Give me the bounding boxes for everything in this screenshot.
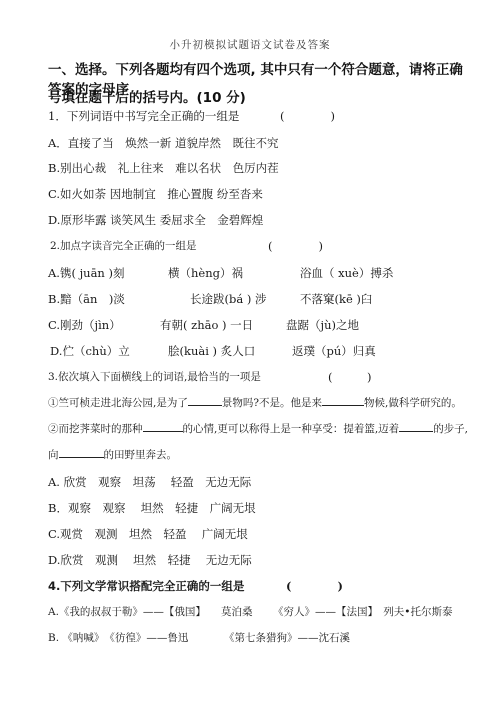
question-1-option-a: A．直接了当 焕然一新 道貌岸然 既往不究	[48, 135, 278, 151]
question-1-option-d: D.原形毕露 谈笑风生 委屈求全 金碧辉煌	[48, 212, 263, 228]
question-3-answer-paren[interactable]: ( )	[328, 369, 371, 385]
question-2-option-a-1: A.镌( juān )刻	[48, 265, 124, 281]
question-3-sentence-2: ②而挖荠菜时的那种的心情,更可以称得上是一种享受：提着篮,迈着的步子,	[48, 421, 468, 436]
question-3-option-b: B．观察 观察 坦然 轻捷 广阔无垠	[48, 500, 256, 516]
sentence-2-part-b: 的心情,更可以称得上是一种享受：提着篮,迈着	[183, 423, 400, 435]
question-1-option-c: C.如火如荼 因地制宜 推心置腹 纷至沓来	[48, 186, 263, 202]
question-4-option-b-2: 《第七条猎狗》——沈石溪	[224, 630, 350, 645]
sentence-1-part-a: ①竺可桢走进北海公园,是为了	[48, 397, 188, 409]
question-4-option-a-1: A.《我的叔叔于勒》——【俄国】	[48, 604, 206, 619]
question-2-option-c-1: C.刚劲（jìn）	[48, 317, 121, 333]
question-4-option-a-2: 莫泊桑	[221, 604, 253, 619]
question-2-option-d-2: 脍(kuài ) 炙人口	[168, 343, 255, 359]
fill-blank-2[interactable]	[322, 395, 364, 406]
sentence-2-part-c: 的步子,	[433, 423, 468, 435]
question-1-option-b: B.别出心裁 礼上往来 难以名状 色厉内茬	[48, 160, 279, 176]
sentence-2-part-a: ②而挖荠菜时的那种	[48, 423, 143, 435]
question-4-stem: 4.下列文学常识搭配完全正确的一组是	[48, 578, 244, 594]
sentence-3-part-b: 的田野里奔去。	[104, 449, 178, 461]
question-2-option-b-3: 不落窠(kē )臼	[300, 291, 372, 307]
question-4-option-b-1: B. 《呐喊》 《彷徨》——鲁迅	[48, 630, 188, 645]
fill-blank-4[interactable]	[399, 421, 433, 432]
question-2-option-c-3: 盘踞（jù)之地	[286, 317, 359, 333]
question-3-sentence-1: ①竺可桢走进北海公园,是为了景物吗?不是。他是来物候,做科学研究的。	[48, 395, 462, 410]
question-2-answer-paren[interactable]: ( )	[268, 238, 323, 254]
question-2-stem: 2.加点字读音完全正确的一组是	[50, 238, 197, 253]
question-1-stem: 1．下列词语中书写完全正确的一组是	[48, 108, 239, 124]
fill-blank-1[interactable]	[188, 395, 222, 406]
section-heading-line2: 号填在题干后的括号内。(10 分)	[48, 86, 468, 106]
question-3-option-a: A. 欣赏 观察 坦荡 轻盈 无边无际	[48, 474, 251, 490]
question-3-sentence-3: 向的田野里奔去。	[48, 447, 177, 462]
page-title: 小升初模拟试题语文试卷及答案	[0, 37, 500, 52]
question-2-option-b-2: 长途跋(bá ) 涉	[190, 291, 267, 307]
question-1-text: 1．下列词语中书写完全正确的一组是	[48, 109, 239, 123]
question-2-option-a-3: 浴血（ xuè）搏杀	[300, 265, 393, 281]
question-3-option-d: D.欣赏 观测 坦然 轻捷 无边无际	[48, 552, 252, 568]
question-2-option-b-1: B.黯（ān )淡	[48, 291, 125, 307]
question-2-option-d-3: 返璞（pú）归真	[292, 343, 376, 359]
sentence-3-part-a: 向	[48, 449, 59, 461]
sentence-1-part-b: 景物吗?不是。他是来	[222, 397, 322, 409]
question-1-answer-paren[interactable]: ( )	[280, 108, 335, 124]
question-4-answer-paren[interactable]: ( )	[286, 578, 343, 594]
question-4-option-a-3: 《穷人》——【法国】 列夫•托尔斯泰	[273, 604, 452, 619]
sentence-1-part-c: 物候,做科学研究的。	[364, 397, 462, 409]
question-2-option-a-2: 横（hèng）祸	[168, 265, 243, 281]
fill-blank-5[interactable]	[59, 447, 104, 458]
question-2-option-d-1: D.伫（chù）立	[50, 343, 130, 359]
fill-blank-3[interactable]	[143, 421, 183, 432]
question-2-option-c-2: 有朝( zhāo ) 一日	[160, 317, 253, 333]
question-3-option-c: C.观赏 观测 坦然 轻盈 广阔无垠	[48, 526, 248, 542]
question-3-stem: 3.依次填入下面横线上的词语,最恰当的一项是	[48, 369, 261, 384]
